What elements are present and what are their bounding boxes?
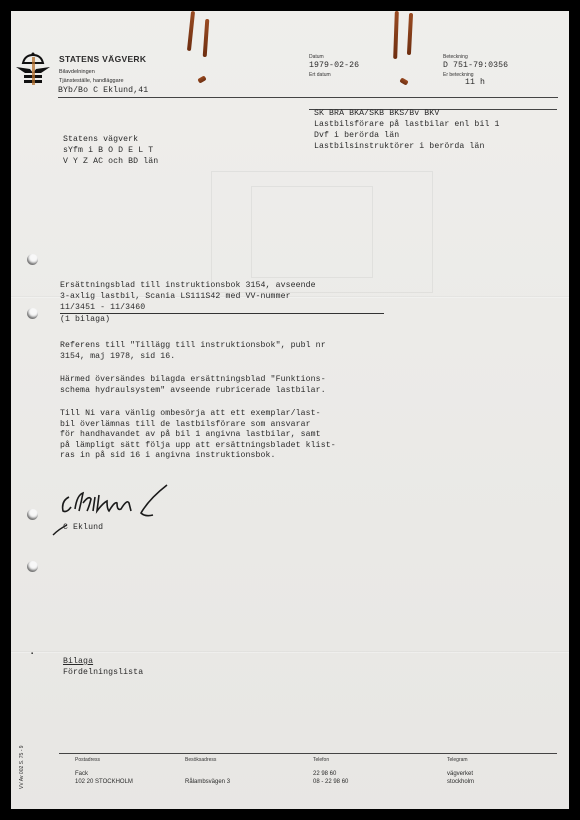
recipient-line: sYfm i B O D E L T: [63, 146, 153, 157]
distribution-line: SK BRA BKA/SKB BKS/Bv BKV: [314, 109, 439, 120]
punch-hole: [27, 308, 38, 319]
telegram-line: stockholm: [447, 779, 474, 785]
staple-mark: [197, 75, 206, 83]
enclosure-value: Fördelningslista: [63, 668, 143, 679]
postal-line: 102 20 STOCKHOLM: [75, 779, 133, 785]
recipient-line: Statens vägverk: [63, 135, 138, 146]
enclosure-label: Bilaga: [63, 657, 93, 668]
department-label: Bilavdelningen: [59, 69, 95, 75]
staple-mark: [393, 11, 399, 59]
punch-hole: [27, 254, 38, 265]
margin-mark: ▪: [31, 651, 33, 657]
your-reference-value: 11 h: [465, 78, 485, 89]
subject-line: 11/3451 - 11/3460: [60, 303, 145, 314]
section-label: Tjänsteställe, handläggare: [59, 78, 124, 84]
punch-hole: [27, 509, 38, 520]
punch-hole: [27, 561, 38, 572]
crown-wings-emblem-icon: [15, 51, 51, 87]
postal-address-label: Postadress: [75, 757, 100, 763]
header-rule: [58, 97, 558, 98]
staple-mark: [203, 19, 210, 57]
subject-line: 3-axlig lastbil, Scania LS111S42 med VV-…: [60, 292, 291, 303]
subject-line: Ersättningsblad till instruktionsbok 315…: [60, 281, 316, 292]
telegram-label: Telegram: [447, 757, 468, 763]
subject-underline: [60, 313, 384, 314]
print-through-shadow: [251, 186, 373, 278]
handler-text: BYb/Bo C Eklund,41: [58, 86, 148, 97]
staple-mark: [399, 77, 408, 85]
paper-fold: [11, 651, 569, 653]
organization-name: STATENS VÄGVERK: [59, 54, 146, 64]
recipient-line: V Y Z AC och BD län: [63, 157, 158, 168]
printed-name: C Eklund: [63, 523, 103, 534]
street-address-label: Besöksadress: [185, 757, 216, 763]
distribution-line: Lastbilsförare på lastbilar enl bil 1: [314, 120, 500, 131]
body-paragraph: Härmed översändes bilagda ersättningsbla…: [60, 375, 326, 396]
attachment-count: (1 bilaga): [60, 315, 110, 326]
body-paragraph: Till Ni vara vänlig ombesörja att ett ex…: [60, 409, 336, 462]
phone-label: Telefon: [313, 757, 329, 763]
staple-mark: [407, 13, 413, 55]
document-page: STATENS VÄGVERK Bilavdelningen Tjänstest…: [11, 11, 569, 809]
distribution-line: Lastbilsinstruktörer i berörda län: [314, 142, 484, 153]
street-address-value: Rålambsvägen 3: [185, 779, 230, 785]
your-date-label: Ert datum: [309, 72, 331, 78]
form-code-vertical: VV Av 002 S. 75 - 9: [15, 701, 27, 791]
phone-line: 22 98 60: [313, 771, 336, 777]
phone-line: 08 - 22 98 60: [313, 779, 348, 785]
body-paragraph: Referens till "Tillägg till instruktions…: [60, 341, 326, 362]
telegram-line: vägverket: [447, 771, 473, 777]
postal-line: Fack: [75, 771, 88, 777]
distribution-line: Dvf i berörda län: [314, 131, 399, 142]
date-value: 1979-02-26: [309, 61, 359, 72]
reference-value: D 751-79:0356: [443, 61, 508, 72]
date-label: Datum: [309, 54, 324, 60]
staple-mark: [187, 11, 195, 51]
reference-label: Beteckning: [443, 54, 468, 60]
footer-rule: [59, 753, 557, 754]
